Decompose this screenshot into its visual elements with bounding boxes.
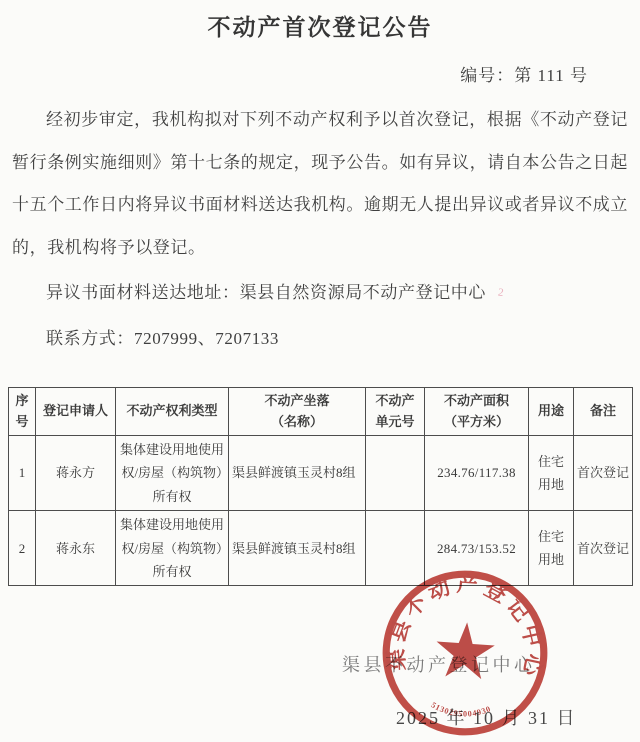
cell-seq-no: 1 xyxy=(9,436,36,511)
objection-address-line: 异议书面材料送达地址：渠县自然资源局不动产登记中心 xyxy=(12,272,628,315)
table-row: 1 蒋永方 集体建设用地使用权/房屋（构筑物）所有权 渠县鲜渡镇玉灵村8组 23… xyxy=(9,436,633,511)
announcement-paragraph: 经初步审定，我机构拟对下列不动产权利予以首次登记，根据《不动产登记暂行条例实施细… xyxy=(12,99,628,269)
document-number: 编号：第 111 号 xyxy=(0,61,640,86)
page-title: 不动产首次登记公告 xyxy=(0,0,640,42)
table-header-row: 序 号 登记申请人 不动产权利类型 不动产坐落 （名称） 不动产 单元号 不动产… xyxy=(9,388,633,436)
svg-text:5130295004930: 5130295004930 xyxy=(429,700,493,720)
seal-star-icon xyxy=(434,620,496,680)
official-seal: 渠县不动产登记中心 5130295004930 xyxy=(372,560,558,742)
header-note: 备注 xyxy=(574,388,633,436)
stray-ink-mark: 2 xyxy=(497,286,507,299)
cell-location: 渠县鲜渡镇玉灵村8组 xyxy=(229,436,366,511)
header-usage: 用途 xyxy=(529,388,574,436)
cell-unit-no xyxy=(366,436,425,511)
cell-usage: 住宅用地 xyxy=(529,436,574,511)
cell-note: 首次登记 xyxy=(574,511,633,586)
cell-location: 渠县鲜渡镇玉灵村8组 xyxy=(229,511,366,586)
cell-right-type: 集体建设用地使用权/房屋（构筑物）所有权 xyxy=(116,436,229,511)
document-body: 经初步审定，我机构拟对下列不动产权利予以首次登记，根据《不动产登记暂行条例实施细… xyxy=(12,99,628,360)
cell-right-type: 集体建设用地使用权/房屋（构筑物）所有权 xyxy=(116,511,229,586)
cell-seq-no: 2 xyxy=(9,511,36,586)
cell-applicant: 蒋永方 xyxy=(36,436,116,511)
cell-area: 234.76/117.38 xyxy=(425,436,529,511)
registration-table: 序 号 登记申请人 不动产权利类型 不动产坐落 （名称） 不动产 单元号 不动产… xyxy=(8,387,633,586)
cell-applicant: 蒋永东 xyxy=(36,511,116,586)
header-unit-no: 不动产 单元号 xyxy=(366,388,425,436)
header-right-type: 不动产权利类型 xyxy=(116,388,229,436)
header-area: 不动产面积 （平方米） xyxy=(425,388,529,436)
header-seq-no: 序 号 xyxy=(9,388,36,436)
header-location: 不动产坐落 （名称） xyxy=(229,388,366,436)
contact-line: 联系方式：7207999、7207133 xyxy=(12,318,628,361)
announcement-document: 不动产首次登记公告 编号：第 111 号 经初步审定，我机构拟对下列不动产权利予… xyxy=(0,0,640,742)
cell-note: 首次登记 xyxy=(574,436,633,511)
header-applicant: 登记申请人 xyxy=(36,388,116,436)
seal-serial-number: 5130295004930 xyxy=(429,700,493,720)
